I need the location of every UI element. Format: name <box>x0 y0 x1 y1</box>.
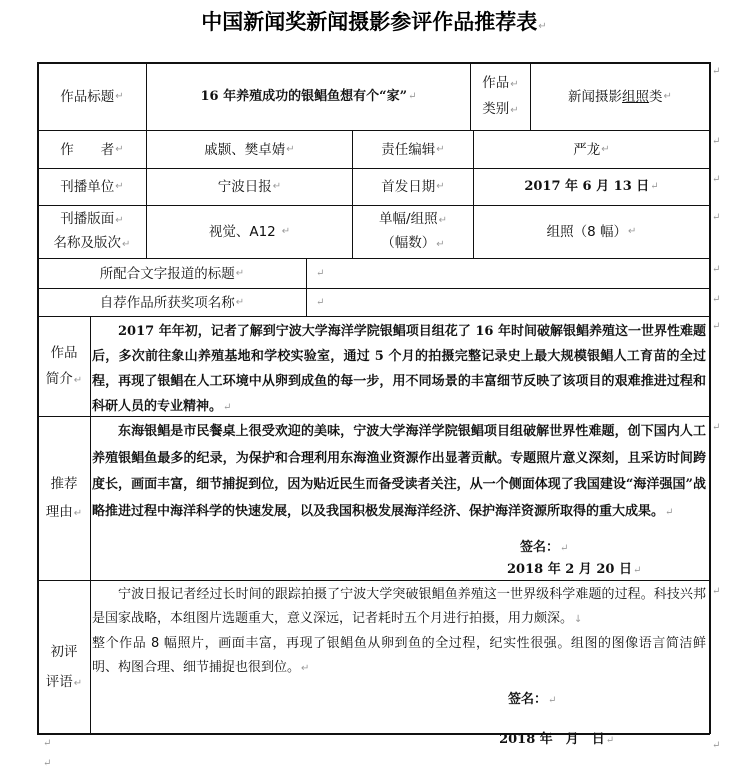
preliminary-review-signature[interactable]: 签名：↵ <box>508 688 556 707</box>
paragraph-mark-icon: ↵ <box>436 174 444 200</box>
table-border-right <box>709 62 711 734</box>
paragraph-mark-icon: ↵ <box>606 735 614 746</box>
publisher-label-text: 刊播单位 <box>60 174 114 200</box>
paragraph-mark-icon: ↵ <box>510 105 518 116</box>
row-end-mark-icon: ↵ <box>712 212 720 223</box>
publisher-label: 刊播单位↵ <box>38 169 146 205</box>
paragraph-mark-icon: ↵ <box>282 219 290 245</box>
summary-label-line2-text: 简介 <box>46 371 73 387</box>
row-end-mark-icon: ↵ <box>712 136 720 147</box>
summary-text-field[interactable]: 2017 年年初，记者了解到宁波大学海洋学院银鲳项目组花了 16 年时间破解银鲳… <box>92 319 706 420</box>
row-divider <box>37 316 710 317</box>
paragraph-mark-icon: ↵ <box>601 137 609 163</box>
category-label-line2-text: 类别 <box>482 101 509 117</box>
author-label-text: 作 者 <box>60 137 114 163</box>
preliminary-review-date-text: 2018 年 月 日 <box>499 732 605 747</box>
single-group-field[interactable]: 组照（8 幅）↵ <box>474 206 709 258</box>
paragraph-mark-icon: ↵ <box>301 663 309 674</box>
col-divider <box>90 316 91 734</box>
single-group-label-line1: 单幅/组照↵ <box>379 208 447 232</box>
paragraph-mark-icon: ↵ <box>115 215 123 226</box>
paragraph-mark-icon: ↵ <box>236 290 244 316</box>
summary-label-line1: 作品 <box>51 340 78 366</box>
preliminary-review-label: 初评 评语↵ <box>38 581 90 733</box>
paragraph-mark-icon: ↵ <box>286 137 294 163</box>
preliminary-review-label-line2: 评语↵ <box>46 667 82 699</box>
work-title-label-text: 作品标题 <box>60 84 114 110</box>
paragraph-mark-icon: ↵ <box>628 219 636 245</box>
recommendation-signature-label: 签名： <box>520 540 559 555</box>
category-field[interactable]: 新闻摄影 组照 类↵ <box>531 63 709 130</box>
document-title-text: 中国新闻奖新闻摄影参评作品推荐表 <box>201 10 537 34</box>
row-end-mark-icon: ↵ <box>712 66 720 77</box>
single-group-value: 组照（8 幅） <box>547 219 627 245</box>
recommendation-date: 2018 年 2 月 20 日↵ <box>507 558 641 577</box>
single-group-label: 单幅/组照↵ （幅数）↵ <box>353 206 473 258</box>
category-label-line2: 类别↵ <box>482 97 518 123</box>
self-awards-field[interactable]: ↵ <box>307 289 709 316</box>
recommendation-label: 推荐 理由↵ <box>38 417 90 580</box>
paragraph-mark-icon: ↵ <box>316 290 324 316</box>
paragraph-mark-icon: ↵ <box>436 137 444 163</box>
page-section-label: 刊播版面↵ 名称及版次↵ <box>38 206 146 258</box>
self-awards-label-text: 自荐作品所获奖项名称 <box>100 290 235 316</box>
work-title-label: 作品标题↵ <box>38 63 146 130</box>
preliminary-review-text-line2: 整个作品 8 幅照片，画面丰富，再现了银鲳鱼从卵到鱼的全过程，纪实性很强。组图的… <box>92 636 706 675</box>
author-value: 戚颢、樊卓婧 <box>204 137 285 163</box>
first-date-value: 2017 年 6 月 13 日 <box>524 174 649 200</box>
paragraph-mark-icon: ↵ <box>664 84 672 110</box>
paragraph-mark-icon: ↵ <box>74 375 82 386</box>
paragraph-mark-icon: ↵ <box>316 261 324 287</box>
summary-label-line2: 简介↵ <box>46 366 82 394</box>
editor-field[interactable]: 严龙↵ <box>474 131 709 168</box>
single-group-label-line1-text: 单幅/组照 <box>379 211 438 227</box>
paragraph-mark-icon: ↵ <box>273 174 281 200</box>
single-group-label-line2-text: （幅数） <box>381 235 435 251</box>
category-label: 作品↵ 类别↵ <box>471 63 530 130</box>
page-section-label-line2: 名称及版次↵ <box>54 232 131 256</box>
first-date-label-text: 首发日期 <box>381 174 435 200</box>
row-end-mark-icon: ↵ <box>712 264 720 275</box>
row-divider <box>37 580 710 581</box>
paragraph-mark-icon: ↵ <box>408 84 416 110</box>
first-date-label: 首发日期↵ <box>353 169 473 205</box>
summary-label: 作品 简介↵ <box>38 317 90 416</box>
related-text-title-label-text: 所配合文字报道的标题 <box>100 261 235 287</box>
paragraph-mark-icon: ↵ <box>665 507 673 518</box>
page-section-field[interactable]: 视觉、A12↵ <box>147 206 352 258</box>
category-label-line1: 作品↵ <box>482 71 518 97</box>
paragraph-mark-icon: ↵ <box>510 79 518 90</box>
first-date-field[interactable]: 2017 年 6 月 13 日↵ <box>474 169 709 205</box>
category-label-line1-text: 作品 <box>482 75 509 91</box>
preliminary-review-label-line2-text: 评语 <box>46 674 73 690</box>
page-section-label-line1: 刊播版面↵ <box>60 208 123 232</box>
editor-value: 严龙 <box>573 137 600 163</box>
category-value-prefix: 新闻摄影 <box>568 84 622 110</box>
recommendation-date-text: 2018 年 2 月 20 日 <box>507 562 632 577</box>
preliminary-review-text-line1: 宁波日报记者经过长时间的跟踪拍摄了宁波大学突破银鲳鱼养殖这一世界级科学难题的过程… <box>92 587 706 626</box>
paragraph-mark-icon: ↵ <box>115 137 123 163</box>
paragraph-mark-icon: ↵ <box>122 239 130 250</box>
row-end-mark-icon: ↵ <box>712 422 720 433</box>
category-value-suffix: 类 <box>649 84 663 110</box>
row-end-mark-icon: ↵ <box>712 586 720 597</box>
recommendation-label-line2: 理由↵ <box>46 498 82 528</box>
paragraph-mark-icon: ↵ <box>538 21 546 32</box>
paragraph-mark-icon: ↵ <box>560 543 568 554</box>
recommendation-signature[interactable]: 签名：↵ <box>520 536 568 555</box>
preliminary-review-date: 2018 年 月 日↵ <box>490 713 614 747</box>
single-group-label-line2: （幅数）↵ <box>381 232 444 256</box>
paragraph-mark-icon: ↵ <box>650 174 658 200</box>
recommendation-label-line1: 推荐 <box>51 470 78 498</box>
paragraph-mark-icon: ↵ <box>115 174 123 200</box>
line-break-mark-icon: ↓ <box>574 614 582 625</box>
related-text-title-field[interactable]: ↵ <box>307 259 709 288</box>
author-label: 作 者↵ <box>38 131 146 168</box>
recommendation-text: 东海银鲳是市民餐桌上很受欢迎的美味，宁波大学海洋学院银鲳项目组破解世界性难题，创… <box>92 424 706 519</box>
paragraph-mark-icon: ↵ <box>439 215 447 226</box>
recommendation-text-field[interactable]: 东海银鲳是市民餐桌上很受欢迎的美味，宁波大学海洋学院银鲳项目组破解世界性难题，创… <box>92 419 706 526</box>
paragraph-mark-icon: ↵ <box>548 695 556 706</box>
paragraph-mark-icon: ↵ <box>74 508 82 519</box>
preliminary-review-text-field[interactable]: 宁波日报记者经过长时间的跟踪拍摄了宁波大学突破银鲳鱼养殖这一世界级科学难题的过程… <box>92 583 706 681</box>
self-awards-label: 自荐作品所获奖项名称↵ <box>38 289 306 316</box>
preliminary-review-signature-label: 签名： <box>508 692 547 707</box>
editor-label-text: 责任编辑 <box>381 137 435 163</box>
work-title-value: 16 年养殖成功的银鲳鱼想有个“家” <box>201 84 408 110</box>
paragraph-mark-icon: ↵ <box>115 84 123 110</box>
author-field[interactable]: 戚颢、樊卓婧↵ <box>147 131 352 168</box>
paragraph-mark-icon: ↵ <box>633 565 641 576</box>
publisher-value: 宁波日报 <box>218 174 272 200</box>
paragraph-mark-icon: ↵ <box>74 678 82 689</box>
paragraph-mark-icon: ↵ <box>223 402 231 413</box>
page-section-label-line2-text: 名称及版次 <box>54 235 122 251</box>
related-text-title-label: 所配合文字报道的标题↵ <box>38 259 306 288</box>
paragraph-mark-icon: ↵ <box>43 738 51 749</box>
paragraph-mark-icon: ↵ <box>436 239 444 250</box>
preliminary-review-label-line1: 初评 <box>51 637 78 667</box>
category-value-underlined: 组照 <box>622 84 649 110</box>
work-title-field[interactable]: 16 年养殖成功的银鲳鱼想有个“家”↵ <box>147 63 470 130</box>
document-title: 中国新闻奖新闻摄影参评作品推荐表↵ <box>0 6 748 36</box>
editor-label: 责任编辑↵ <box>353 131 473 168</box>
row-end-mark-icon: ↵ <box>712 321 720 332</box>
row-end-mark-icon: ↵ <box>712 740 720 751</box>
paragraph-mark-icon: ↵ <box>236 261 244 287</box>
paragraph-mark-icon: ↵ <box>43 758 51 769</box>
recommendation-label-line2-text: 理由 <box>46 504 73 520</box>
page-section-label-line1-text: 刊播版面 <box>60 211 114 227</box>
row-end-mark-icon: ↵ <box>712 174 720 185</box>
row-end-mark-icon: ↵ <box>712 294 720 305</box>
publisher-field[interactable]: 宁波日报↵ <box>147 169 352 205</box>
summary-text: 2017 年年初，记者了解到宁波大学海洋学院银鲳项目组花了 16 年时间破解银鲳… <box>92 324 706 414</box>
page-section-value: 视觉、A12 <box>209 219 276 245</box>
